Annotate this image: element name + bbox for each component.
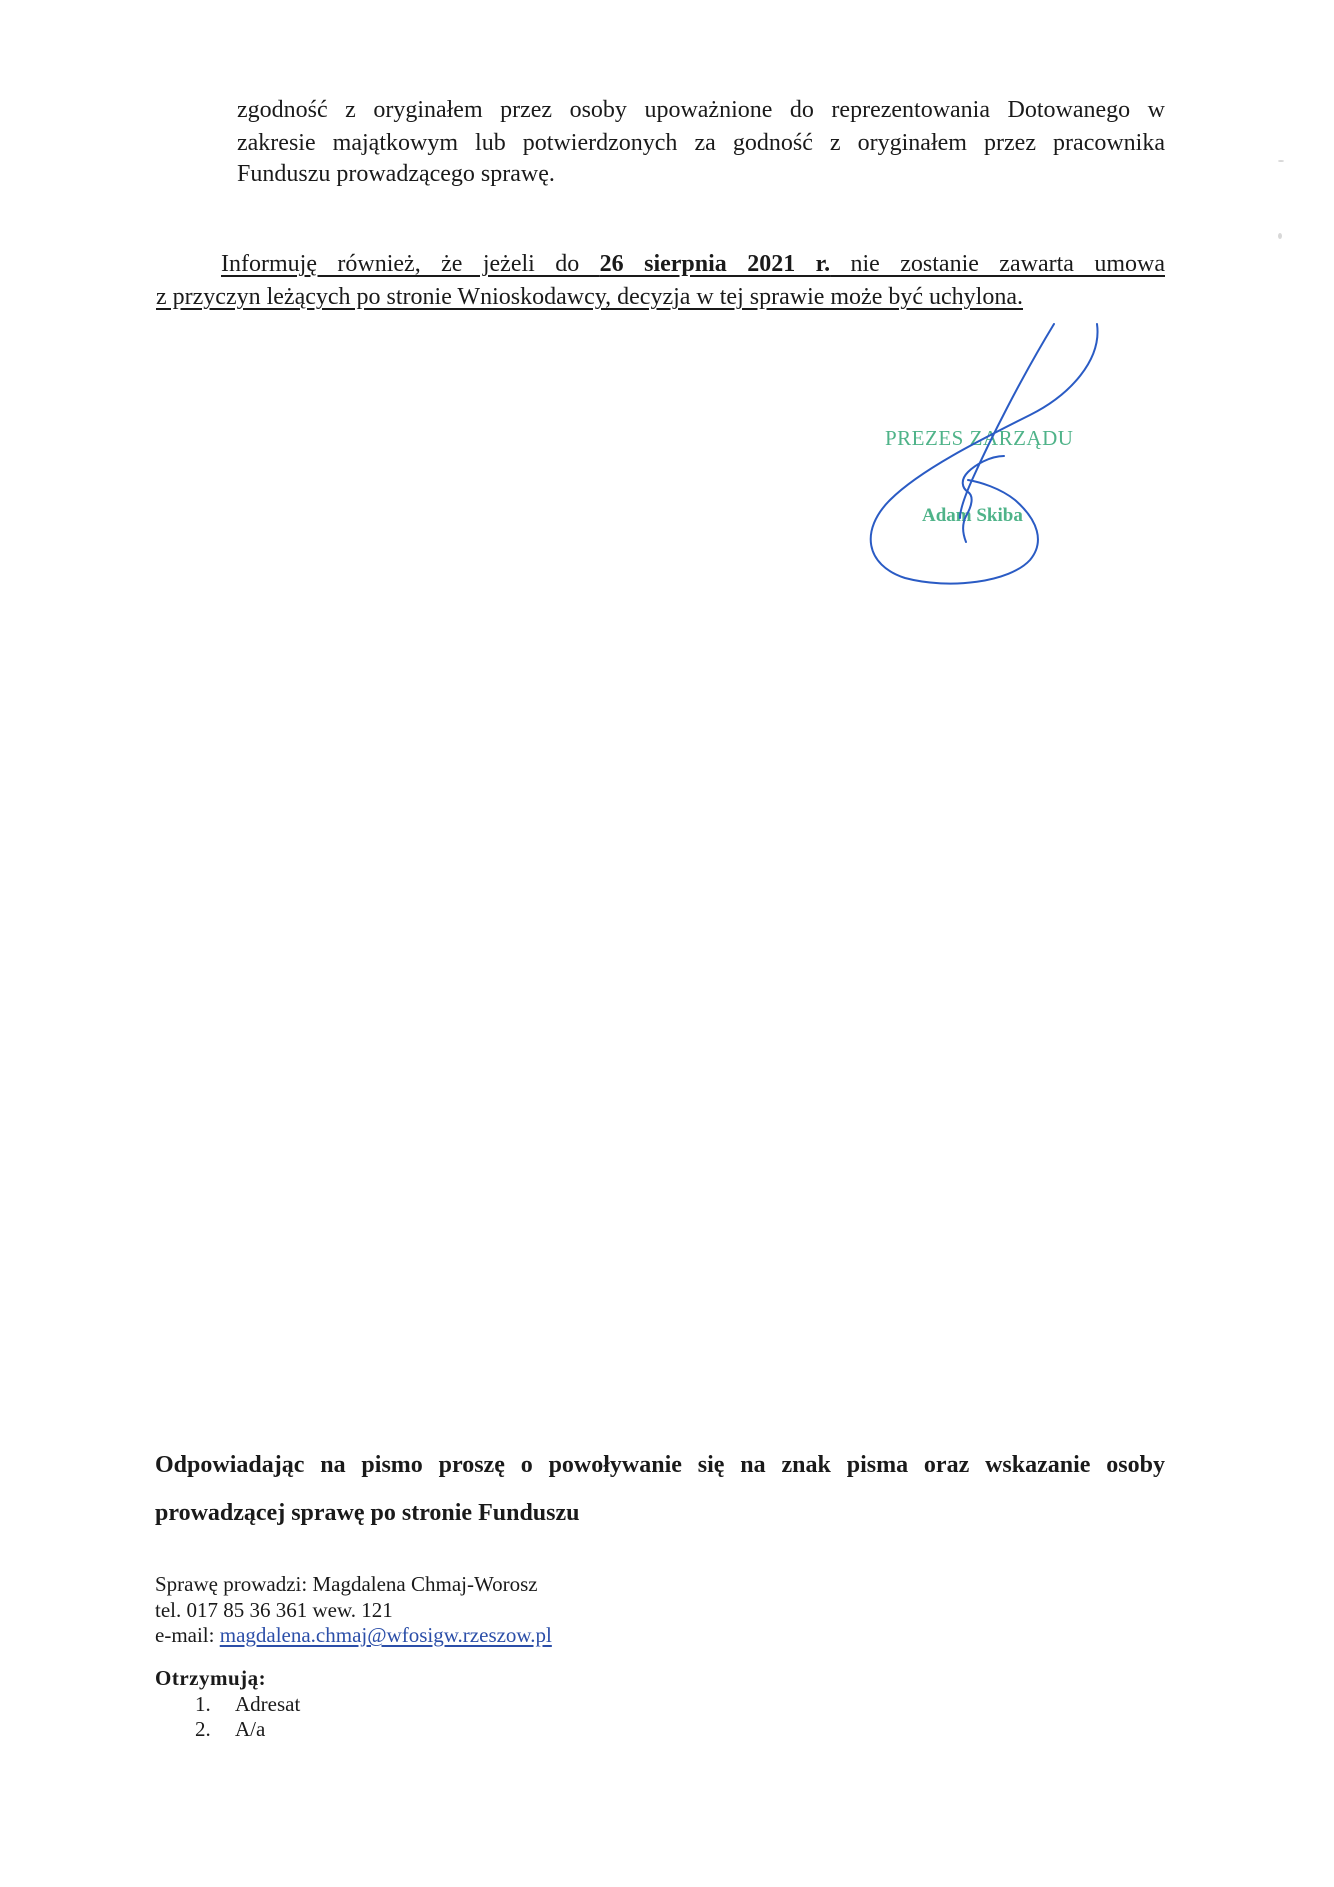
handwritten-signature-icon (850, 320, 1130, 600)
recipient-number: 2. (195, 1719, 235, 1740)
case-handler-name: Magdalena Chmaj-Worosz (312, 1572, 537, 1596)
scan-speck (1278, 160, 1284, 162)
signature-block: PREZES ZARZĄDU Adam Skiba (850, 320, 1130, 600)
paragraph-1-line-1: zgodność z oryginałem przez osoby upoważ… (237, 98, 1165, 122)
deadline-date: 26 sierpnia 2021 r. (600, 251, 830, 277)
phone-number: tel. 017 85 36 361 wew. 121 (155, 1600, 393, 1621)
case-handler: Sprawę prowadzi: Magdalena Chmaj-Worosz (155, 1574, 538, 1595)
recipients-heading: Otrzymują: (155, 1668, 266, 1689)
email-label: e-mail: (155, 1623, 214, 1647)
deadline-notice-line-1: Informuję również, że jeżeli do 26 sierp… (221, 252, 1165, 276)
case-handler-label: Sprawę prowadzi: (155, 1572, 307, 1596)
scan-speck (1278, 233, 1282, 239)
deadline-notice-line-2: z przyczyn leżących po stronie Wnioskoda… (156, 285, 1023, 309)
recipient-item: 2.A/a (195, 1719, 265, 1740)
email-line: e-mail: magdalena.chmaj@wfosigw.rzeszow.… (155, 1625, 552, 1646)
recipient-item: 1.Adresat (195, 1694, 300, 1715)
reference-notice-line-1: Odpowiadając na pismo proszę o powoływan… (155, 1453, 1165, 1477)
email-link[interactable]: magdalena.chmaj@wfosigw.rzeszow.pl (220, 1623, 552, 1647)
paragraph-1-line-2: zakresie majątkowym lub potwierdzonych z… (237, 131, 1165, 155)
reference-notice-line-2: prowadzącej sprawę po stronie Funduszu (155, 1501, 579, 1525)
deadline-notice-pre: Informuję również, że jeżeli do (221, 251, 600, 277)
paragraph-1-line-3: Funduszu prowadzącego sprawę. (237, 162, 555, 186)
recipient-number: 1. (195, 1694, 235, 1715)
recipient-label: A/a (235, 1717, 265, 1741)
deadline-notice-post: nie zostanie zawarta umowa (830, 251, 1165, 277)
recipient-label: Adresat (235, 1692, 300, 1716)
